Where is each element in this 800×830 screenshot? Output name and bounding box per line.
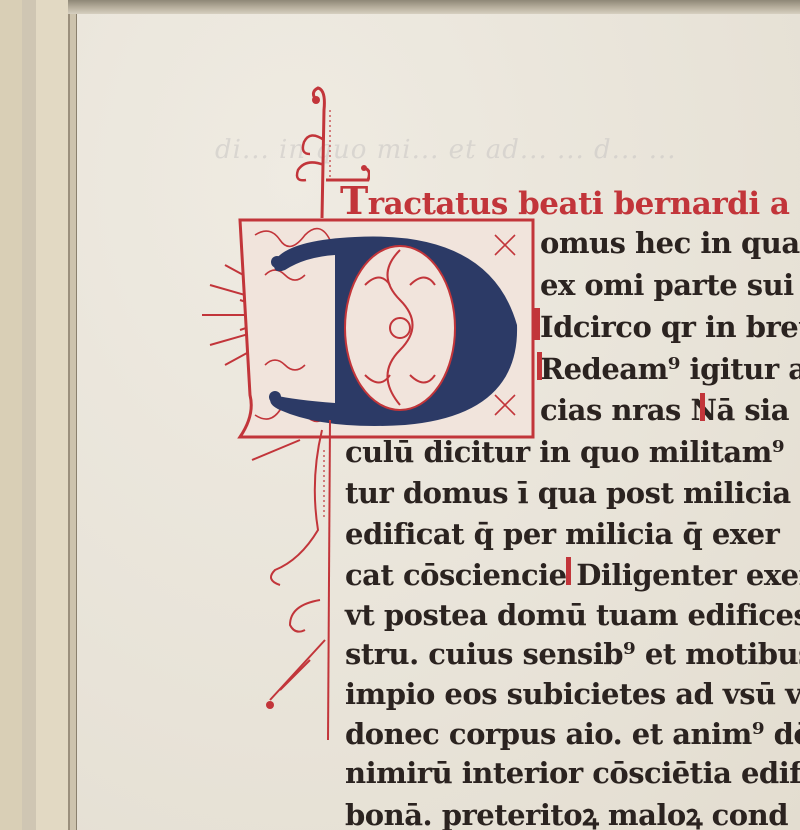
text-line-11: stru. cuius sensib⁹ et motibus (345, 637, 800, 671)
text-line-7: tur domus ī qua post milicia (345, 476, 791, 510)
heading-text: ractatus beati bernardi a (368, 186, 790, 222)
book-edge-inner (70, 0, 77, 830)
text-line-6: culū dicitur in quo militam⁹ (345, 435, 784, 469)
text-line-9: cat cōsciencie Diligenter exer (345, 558, 800, 592)
page-top-edge (68, 0, 800, 14)
rubric-heading: Tractatus beati bernardi a (340, 178, 789, 223)
text-line-2: ex omi parte sui (540, 268, 794, 302)
text-line-8: edificat q̄ per milicia q̄ exer (345, 517, 779, 551)
book-edge-leaf (36, 0, 70, 830)
rubric-stroke-D (566, 557, 571, 585)
text-line-3: Idcirco qr in breui (540, 310, 800, 344)
text-line-1: omus hec in qua (540, 226, 800, 260)
heading-initial: T (340, 178, 368, 223)
text-line-5: cias nras Nā sia (540, 393, 789, 427)
text-line-13: donec corpus aio. et anim⁹ dō (345, 717, 800, 751)
flourish-margin-decoration (250, 420, 350, 740)
text-line-10: vt postea domū tuam edifices (345, 598, 800, 632)
rubric-stroke-N (700, 393, 705, 421)
rubric-stroke-I (534, 308, 540, 340)
text-line-14: nimirū interior cōsciētia edif (345, 756, 800, 790)
text-line-12: impio eos subicietes ad vsū v (345, 677, 800, 711)
illuminated-initial-d (235, 215, 535, 440)
rubric-stroke-R (537, 352, 542, 380)
book-edge-outer (0, 0, 23, 830)
text-line-15: bonā. preteritoꝝ maloꝝ cond (345, 795, 788, 830)
text-line-4: Redeam⁹ igitur a (540, 352, 800, 386)
